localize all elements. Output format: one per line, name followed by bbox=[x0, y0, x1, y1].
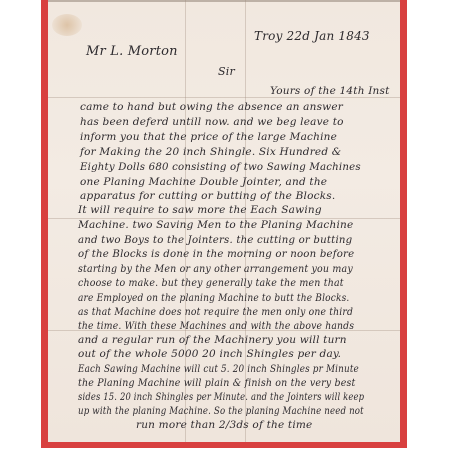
body-line: inform you that the price of the large M… bbox=[80, 131, 337, 143]
paper-top-edge bbox=[48, 0, 400, 2]
body-line: It will require to saw more the Each Saw… bbox=[78, 204, 322, 216]
body-line: and two Boys to the Jointers. the cuttin… bbox=[78, 234, 352, 246]
body-line: up with the planing Machine. So the plan… bbox=[78, 405, 364, 417]
letter-addressee: Mr L. Morton bbox=[86, 46, 178, 58]
letter-salutation: Sir bbox=[218, 66, 235, 78]
body-line: sides 15. 20 inch Shingles per Minute. a… bbox=[78, 391, 364, 403]
letter-paper: Troy 22d Jan 1843 Mr L. Morton Sir Yours… bbox=[48, 0, 400, 442]
body-line: has been deferd untill now. and we beg l… bbox=[80, 116, 344, 128]
body-line: as that Machine does not require the men… bbox=[78, 306, 353, 318]
body-line: Yours of the 14th Inst bbox=[270, 85, 390, 97]
body-line: of the Blocks is done in the morning or … bbox=[78, 248, 354, 260]
fold-line-horizontal bbox=[48, 97, 400, 98]
body-line: the Planing Machine will plain & finish … bbox=[78, 377, 356, 389]
body-line: apparatus for cutting or butting of the … bbox=[80, 190, 335, 202]
body-line: and a regular run of the Machinery you w… bbox=[78, 334, 347, 346]
body-line: Each Sawing Machine will cut 5. 20 inch … bbox=[78, 363, 359, 375]
body-line: for Making the 20 inch Shingle. Six Hund… bbox=[80, 146, 341, 158]
body-line: starting by the Men or any other arrange… bbox=[78, 263, 353, 275]
body-line: the time. With these Machines and with t… bbox=[78, 320, 354, 332]
body-line: out of the whole 5000 20 inch Shingles p… bbox=[78, 348, 341, 360]
body-line: one Planing Machine Double Jointer, and … bbox=[80, 176, 327, 188]
body-line: Eighty Dolls 680 consisting of two Sawin… bbox=[80, 161, 361, 173]
body-line: run more than 2/3ds of the time bbox=[136, 419, 312, 431]
paper-stain bbox=[52, 14, 82, 36]
letter-date: Troy 22d Jan 1843 bbox=[254, 30, 370, 42]
body-line: are Employed on the planing Machine to b… bbox=[78, 292, 349, 304]
body-line: choose to make. but they generally take … bbox=[78, 277, 344, 289]
body-line: came to hand but owing the absence an an… bbox=[80, 101, 343, 113]
body-line: Machine. two Saving Men to the Planing M… bbox=[78, 219, 353, 231]
